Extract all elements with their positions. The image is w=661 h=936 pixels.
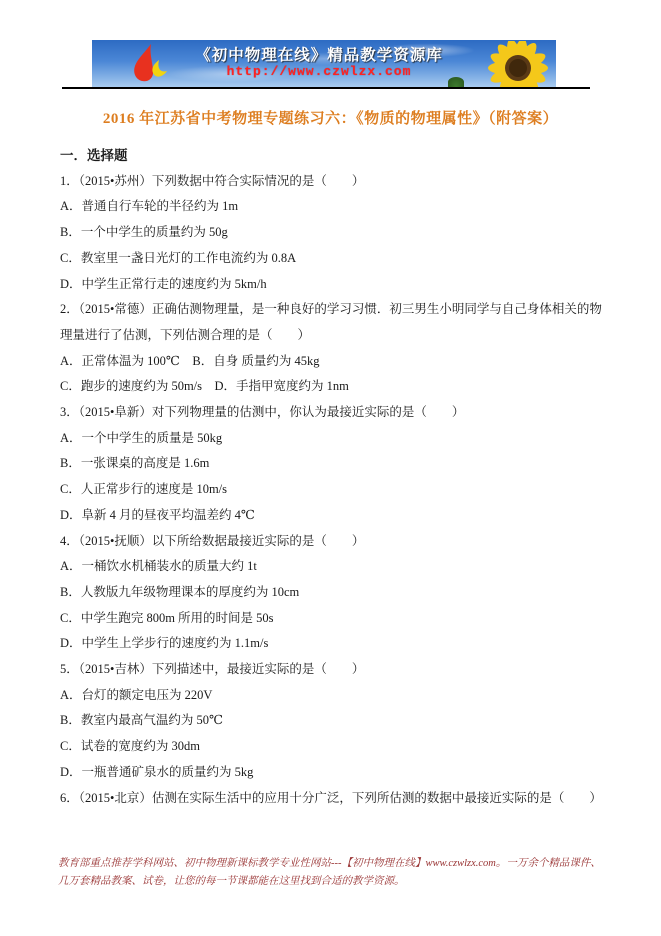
- question-4-stem: 4．（2015•抚顺）以下所给数据最接近实际的是（ ）: [60, 529, 606, 555]
- question-5-option-a: A．台灯的额定电压为 220V: [60, 683, 606, 709]
- question-3-option-a: A．一个中学生的质量是 50kg: [60, 426, 606, 452]
- question-1-option-b: B．一个中学生的质量约为 50g: [60, 220, 606, 246]
- question-3-option-b: B．一张课桌的高度是 1.6m: [60, 451, 606, 477]
- document-page: 《初中物理在线》精品教学资源库 http://www.czwlzx.com 20…: [0, 0, 661, 936]
- section-heading: 一．选择题: [60, 143, 606, 169]
- footer-line-2: 几万套精品教案、试卷，让您的每一节课都能在这里找到合适的教学资源。: [58, 873, 630, 891]
- footer-line-1: 教育部重点推荐学科网站、初中物理新课标教学专业性网站---【初中物理在线】www…: [58, 855, 630, 873]
- page-title: 2016 年江苏省中考物理专题练习六：《物质的物理属性》（附答案）: [0, 107, 661, 128]
- question-1-option-c: C．教室里一盏日光灯的工作电流约为 0.8A: [60, 246, 606, 272]
- question-5-option-c: C．试卷的宽度约为 30dm: [60, 734, 606, 760]
- question-4-option-a: A．一桶饮水机桶装水的质量大约 1t: [60, 554, 606, 580]
- question-3-option-c: C．人正常步行的速度是 10m/s: [60, 477, 606, 503]
- banner-site-url: http://www.czwlzx.com: [162, 64, 476, 79]
- question-1-stem: 1．（2015•苏州）下列数据中符合实际情况的是（ ）: [60, 169, 606, 195]
- header-divider-line: [62, 87, 590, 89]
- question-5-option-b: B．教室内最高气温约为 50℃: [60, 708, 606, 734]
- question-6-stem: 6．（2015•北京）估测在实际生活中的应用十分广泛，下列所估测的数据中最接近实…: [60, 786, 606, 812]
- question-5-option-d: D．一瓶普通矿泉水的质量约为 5kg: [60, 760, 606, 786]
- header-banner-image: 《初中物理在线》精品教学资源库 http://www.czwlzx.com: [92, 40, 556, 87]
- green-plant-icon: [448, 77, 464, 87]
- question-3-stem: 3．（2015•阜新）对下列物理量的估测中，你认为最接近实际的是（ ）: [60, 400, 606, 426]
- question-1-option-a: A．普通自行车轮的半径约为 1m: [60, 194, 606, 220]
- sunflower-icon: [478, 41, 554, 87]
- footer-note: 教育部重点推荐学科网站、初中物理新课标教学专业性网站---【初中物理在线】www…: [58, 855, 630, 891]
- question-3-option-d: D．阜新 4 月的昼夜平均温差约 4℃: [60, 503, 606, 529]
- question-4-option-d: D．中学生上学步行的速度约为 1.1m/s: [60, 631, 606, 657]
- document-body: 一．选择题 1．（2015•苏州）下列数据中符合实际情况的是（ ） A．普通自行…: [60, 143, 606, 811]
- question-1-option-d: D．中学生正常行走的速度约为 5km/h: [60, 272, 606, 298]
- question-2-options-ab: A．正常体温为 100℃ B．自身 质量约为 45kg: [60, 349, 606, 375]
- question-2-stem: 2．（2015•常德）正确估测物理量，是一种良好的学习习惯．初三男生小明同学与自…: [60, 297, 606, 348]
- question-2-options-cd: C．跑步的速度约为 50m/s D．手指甲宽度约为 1nm: [60, 374, 606, 400]
- question-4-option-c: C．中学生跑完 800m 所用的时间是 50s: [60, 606, 606, 632]
- question-5-stem: 5．（2015•吉林）下列描述中，最接近实际的是（ ）: [60, 657, 606, 683]
- question-4-option-b: B．人教版九年级物理课本的厚度约为 10cm: [60, 580, 606, 606]
- banner-site-title: 《初中物理在线》精品教学资源库: [162, 43, 476, 65]
